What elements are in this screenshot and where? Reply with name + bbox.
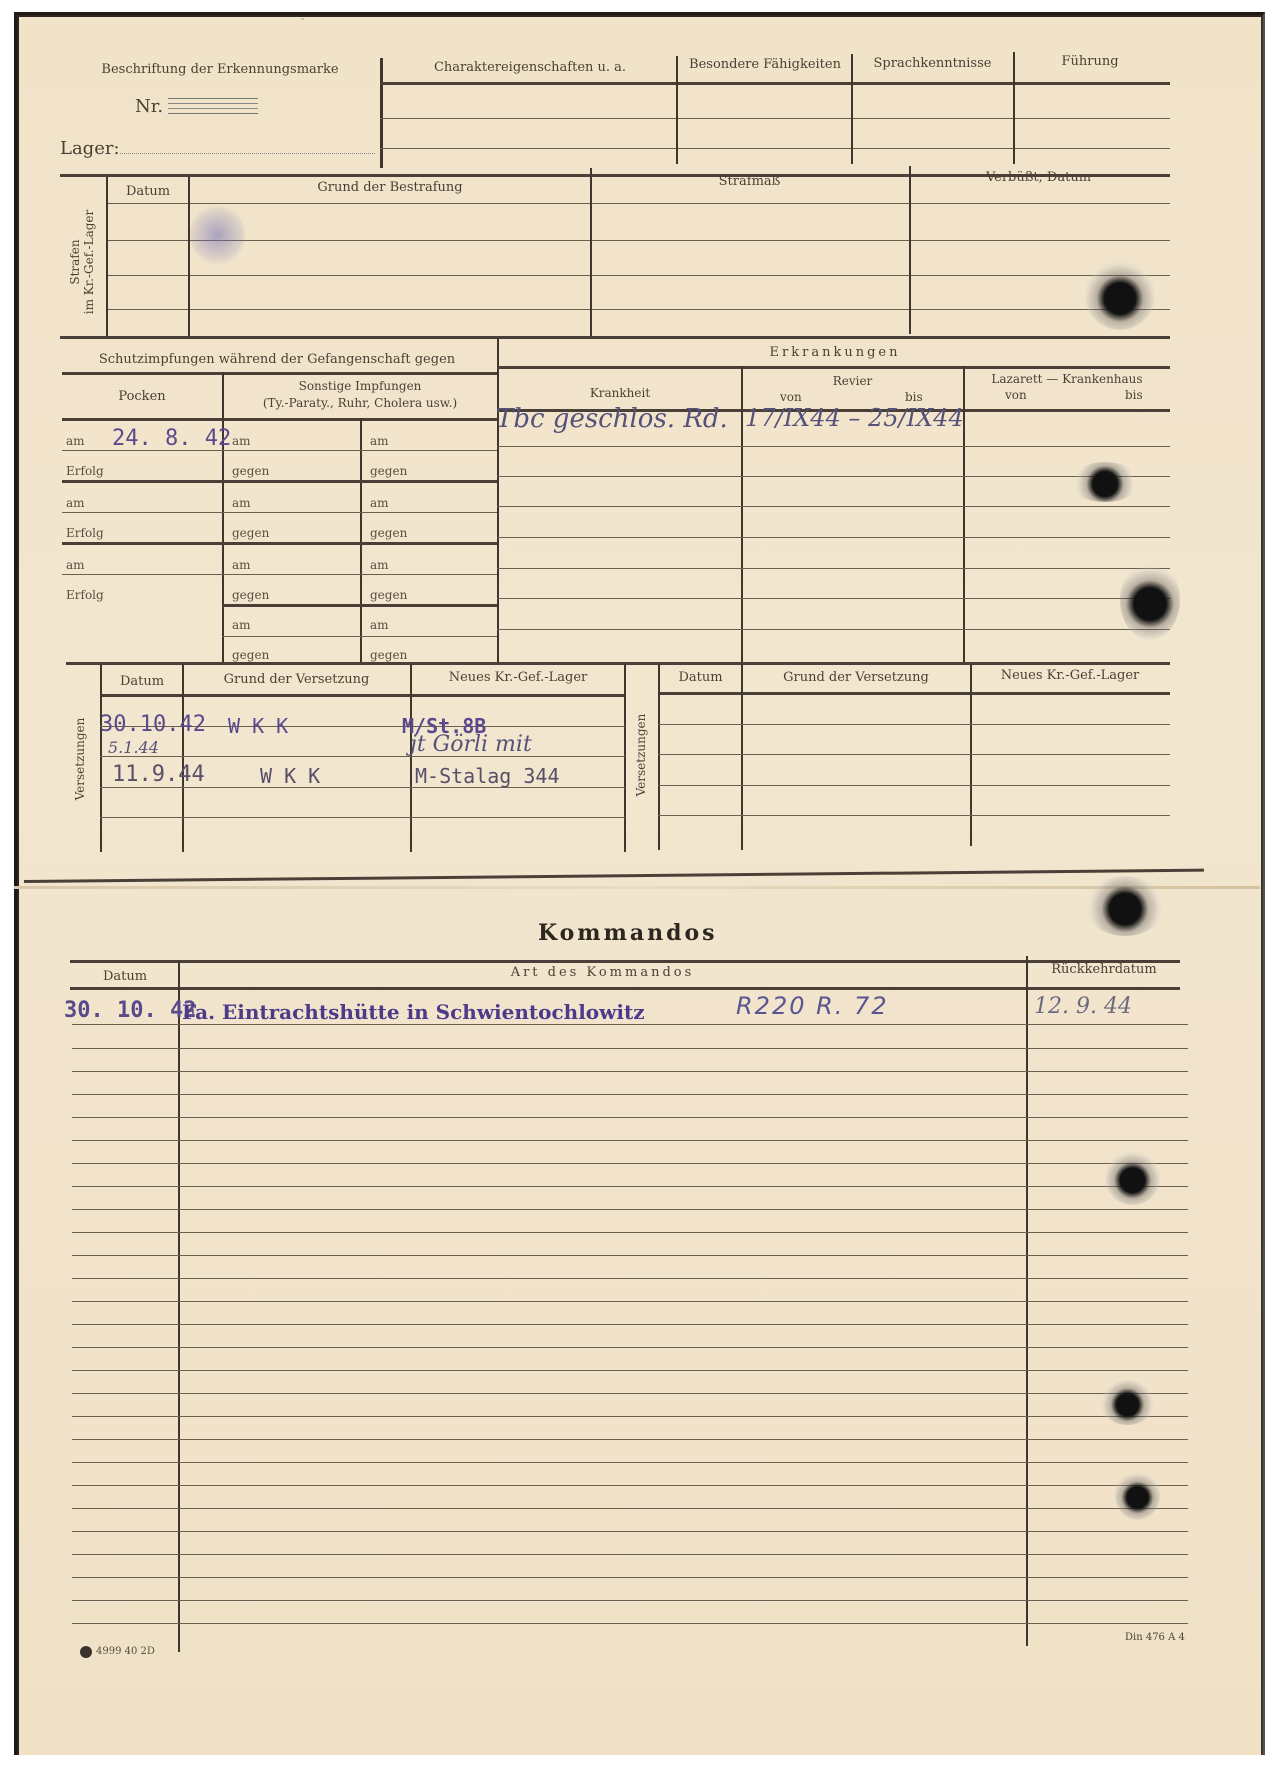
ink-smudge <box>190 205 245 265</box>
divider <box>72 1024 1188 1025</box>
sonstige-gegen: gegen <box>370 588 407 602</box>
divider <box>72 1393 1188 1394</box>
lager-label: Lager: <box>60 138 120 159</box>
divider <box>970 664 972 846</box>
divider <box>497 366 1170 369</box>
divider <box>497 629 1170 630</box>
versetzung-row1-datum: 30.10.42 <box>100 712 206 737</box>
divider <box>909 166 911 334</box>
sonstige-am: am <box>370 496 389 510</box>
divider <box>222 636 497 637</box>
nr-field[interactable] <box>168 98 258 114</box>
divider <box>100 664 102 852</box>
col-faehigkeiten: Besondere Fähigkeiten <box>680 57 850 72</box>
divider <box>108 309 1170 310</box>
col-strafmass: Strafmaß <box>592 174 907 189</box>
divider <box>62 418 497 421</box>
versetzung-row1-grund: W K K <box>228 714 288 738</box>
pocken-erfolg-3: Erfolg <box>66 588 104 602</box>
divider <box>72 1347 1188 1348</box>
divider <box>72 1301 1188 1302</box>
divider <box>72 1370 1188 1371</box>
sonstige-am: am <box>232 496 251 510</box>
kommando-row1-code: R220 R. 72 <box>736 992 889 1020</box>
sonstige-gegen: gegen <box>370 648 407 662</box>
kommando-row1-art: Fa. Eintrachtshütte in Schwientochlowitz <box>182 1000 645 1024</box>
divider <box>188 176 190 336</box>
revier-von: von <box>780 390 802 404</box>
divider <box>741 366 743 662</box>
divider <box>851 54 853 164</box>
divider <box>100 817 625 818</box>
punch-hole <box>1105 1150 1160 1205</box>
din-label: Din 476 A 4 <box>1125 1632 1185 1643</box>
punch-hole <box>1085 260 1155 330</box>
punch-hole <box>1070 462 1140 502</box>
punch-hole <box>1085 876 1165 936</box>
divider <box>72 1462 1188 1463</box>
sonstige-am: am <box>370 558 389 572</box>
revier-bis: bis <box>905 390 923 404</box>
divider <box>72 1324 1188 1325</box>
versetzung-row3-lager: M-Stalag 344 <box>415 764 560 788</box>
sonstige-gegen: gegen <box>370 464 407 478</box>
sonstige-gegen: gegen <box>232 526 269 540</box>
kommando-col-datum: Datum <box>72 969 178 984</box>
kommando-col-rueckkehr: Rückkehrdatum <box>1028 962 1180 977</box>
mark: ¨ <box>300 18 305 29</box>
divider <box>658 815 1170 816</box>
divider <box>497 476 1170 477</box>
divider <box>72 1278 1188 1279</box>
divider <box>72 1416 1188 1417</box>
pocken-erfolg-2: Erfolg <box>66 526 104 540</box>
divider <box>222 372 224 662</box>
divider <box>100 756 625 757</box>
impfungen-title: Schutzimpfungen während der Gefangenscha… <box>62 352 492 367</box>
divider <box>658 785 1170 786</box>
divider <box>72 1048 1188 1049</box>
divider <box>62 542 497 545</box>
krankheit-label: Krankheit <box>500 386 740 400</box>
divider <box>100 694 625 697</box>
divider <box>62 574 497 575</box>
divider <box>72 1600 1188 1601</box>
sonstige-am: am <box>370 618 389 632</box>
sonstige-gegen: gegen <box>370 526 407 540</box>
divider <box>72 1071 1188 1072</box>
kommando-row1-datum: 30. 10. 42 <box>64 998 196 1023</box>
pocken-am-2: am <box>66 496 85 510</box>
krankheit-entry: Tbc geschlos. Rd. <box>496 404 728 434</box>
printer-code: 4999 40 2D <box>96 1646 155 1657</box>
versetzungen-side-label-left: Versetzungen <box>73 709 87 809</box>
divider <box>72 1531 1188 1532</box>
sonstige-am: am <box>232 434 251 448</box>
sonstige-am: am <box>370 434 389 448</box>
divider <box>72 1508 1188 1509</box>
strafen-side-label-line2: im Kr.-Gef.-Lager <box>82 182 96 342</box>
nr-label: Nr. <box>135 96 163 117</box>
divider <box>62 480 497 483</box>
divider <box>72 1209 1188 1210</box>
divider <box>72 1577 1188 1578</box>
divider <box>497 446 1170 447</box>
divider <box>380 58 383 168</box>
punch-hole <box>1100 1380 1155 1425</box>
strafen-side-label: Strafen im Kr.-Gef.-Lager <box>68 182 96 342</box>
divider <box>182 664 184 852</box>
divider <box>497 537 1170 538</box>
versetzung-col-grund-2: Grund der Versetzung <box>743 670 969 685</box>
divider <box>72 1094 1188 1095</box>
col-verbuesst: Verbüßt, Datum <box>911 170 1166 185</box>
divider <box>497 568 1170 569</box>
divider <box>497 506 1170 507</box>
divider <box>410 664 412 852</box>
sonstige-am: am <box>232 558 251 572</box>
divider <box>741 664 743 850</box>
divider <box>108 275 1170 276</box>
pocken-am-1: am <box>66 434 85 448</box>
divider <box>380 118 1170 119</box>
sonstige-gegen: gegen <box>232 648 269 662</box>
col-grund-bestrafung: Grund der Bestrafung <box>190 180 590 195</box>
erkrankungen-title: Erkrankungen <box>500 345 1170 360</box>
divider <box>360 418 362 662</box>
sonstige-am: am <box>232 618 251 632</box>
divider <box>108 203 1170 204</box>
pocken-am-3: am <box>66 558 85 572</box>
divider <box>72 1232 1188 1233</box>
divider <box>62 372 497 375</box>
divider <box>658 664 660 850</box>
versetzungen-side-label-right: Versetzungen <box>634 705 648 805</box>
sonstige-gegen: gegen <box>232 588 269 602</box>
divider <box>658 724 1170 725</box>
strafen-side-label-line1: Strafen <box>68 182 82 342</box>
divider <box>72 1485 1188 1486</box>
versetzung-col-datum-2: Datum <box>660 670 741 685</box>
col-fuehrung: Führung <box>1015 54 1165 69</box>
versetzung-row2-datum: 5.1.44 <box>108 738 159 757</box>
punch-hole <box>1115 1470 1160 1520</box>
divider <box>72 1255 1188 1256</box>
divider <box>72 1554 1188 1555</box>
versetzung-col-lager: Neues Kr.-Gef.-Lager <box>412 670 624 685</box>
versetzung-col-datum: Datum <box>102 674 182 689</box>
fold-line <box>14 886 1260 889</box>
divider <box>380 82 1170 85</box>
pocken-date: 24. 8. 42 <box>112 426 231 451</box>
lazarett-bis: bis <box>1125 388 1143 402</box>
erkennungsmarke-label: Beschriftung der Erkennungsmarke <box>100 62 340 77</box>
divider <box>497 338 499 662</box>
divider <box>72 1163 1188 1164</box>
lazarett-von: von <box>1005 388 1027 402</box>
col-sprachkenntnisse: Sprachkenntnisse <box>855 56 1010 71</box>
divider <box>658 692 1170 695</box>
divider <box>70 987 1180 990</box>
divider <box>178 960 180 1652</box>
punch-hole <box>1120 560 1180 640</box>
lazarett-label: Lazarett — Krankenhaus <box>967 372 1167 386</box>
lager-field[interactable] <box>120 153 375 154</box>
versetzung-row2-lager: jt Görli mit <box>410 732 532 757</box>
divider <box>658 754 1170 755</box>
divider <box>676 56 678 164</box>
divider <box>380 148 1170 149</box>
divider <box>72 1186 1188 1187</box>
versetzung-row3-datum: 11.9.44 <box>112 762 205 787</box>
sonstige-gegen: gegen <box>232 464 269 478</box>
divider <box>72 1140 1188 1141</box>
revier-entry: 17/IX44 – 25/IX44 <box>745 404 964 432</box>
divider <box>222 604 497 607</box>
divider <box>108 240 1170 241</box>
pocken-label: Pocken <box>62 389 222 404</box>
divider <box>72 1623 1188 1624</box>
divider <box>70 960 1180 963</box>
kommando-col-art: Art des Kommandos <box>180 965 1025 980</box>
document-page <box>14 12 1265 1755</box>
divider <box>106 176 108 336</box>
sonstige-impfungen-label: Sonstige Impfungen <box>224 379 496 393</box>
col-charakter: Charaktereigenschaften u. a. <box>390 60 670 75</box>
divider <box>66 662 1170 665</box>
revier-label: Revier <box>745 374 960 388</box>
divider <box>72 1117 1188 1118</box>
versetzung-row3-grund: W K K <box>260 764 320 788</box>
versetzung-col-lager-2: Neues Kr.-Gef.-Lager <box>972 668 1168 683</box>
divider <box>590 168 592 336</box>
sonstige-impfungen-sub: (Ty.-Paraty., Ruhr, Cholera usw.) <box>224 396 496 410</box>
pocken-erfolg-1: Erfolg <box>66 464 104 478</box>
versetzung-col-grund: Grund der Versetzung <box>184 672 409 687</box>
divider <box>497 598 1170 599</box>
divider <box>72 1439 1188 1440</box>
kommando-row1-rueckkehr: 12. 9. 44 <box>1034 994 1132 1019</box>
divider <box>60 336 1170 339</box>
kommandos-title: Kommandos <box>538 920 718 946</box>
divider <box>62 512 497 513</box>
divider <box>624 664 626 852</box>
printer-logo-icon <box>80 1646 92 1658</box>
col-datum: Datum <box>108 184 188 199</box>
